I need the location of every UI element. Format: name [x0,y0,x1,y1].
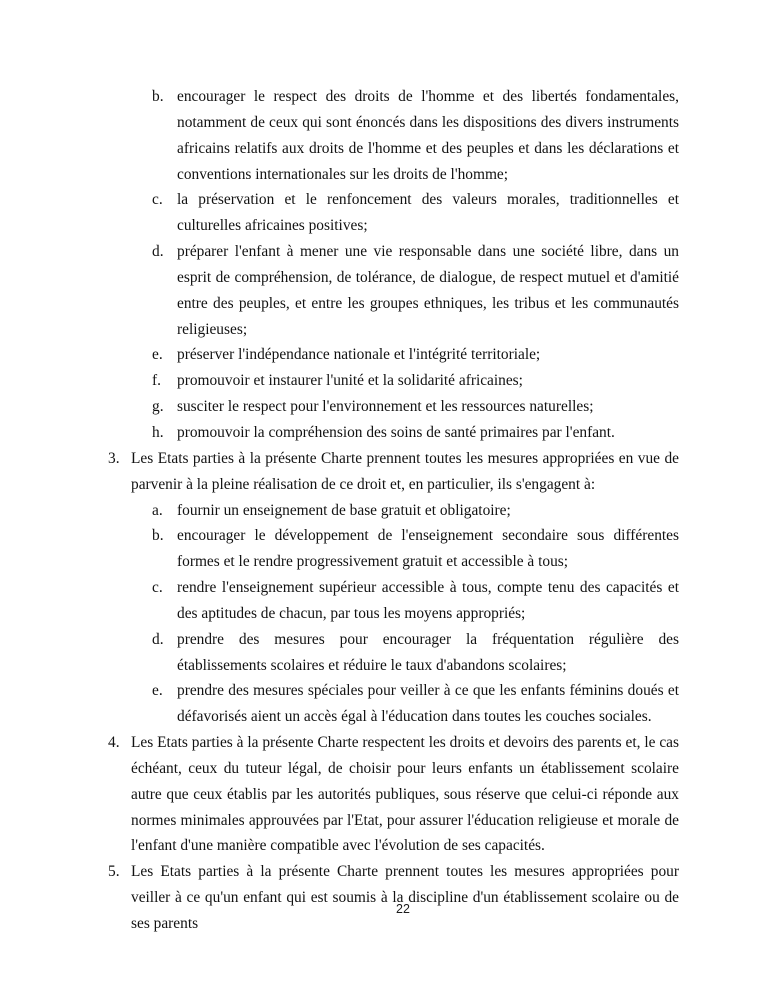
list-item-e: e. préserver l'indépendance nationale et… [0,342,679,368]
list-item-3c: c. rendre l'enseignement supérieur acces… [0,575,679,627]
list-marker: 3. [108,446,120,472]
list-marker: c. [152,575,163,601]
list-marker: a. [152,498,163,524]
list-marker: g. [152,394,164,420]
list-marker: f. [152,368,161,394]
list-item-text: rendre l'enseignement supérieur accessib… [177,579,679,622]
numbered-item-3: 3. Les Etats parties à la présente Chart… [0,446,679,498]
list-item-text: fournir un enseignement de base gratuit … [177,502,511,519]
document-page: b. encourager le respect des droits de l… [0,0,765,990]
list-marker: e. [152,342,163,368]
page-footer: 22 [108,902,698,916]
list-item-3d: d. prendre des mesures pour encourager l… [0,627,679,679]
list-item-text: encourager le respect des droits de l'ho… [177,88,679,183]
list-marker: 5. [108,859,120,885]
list-item-text: susciter le respect pour l'environnement… [177,398,593,415]
list-item-text: promouvoir la compréhension des soins de… [177,424,615,441]
list-item-h: h. promouvoir la compréhension des soins… [0,420,679,446]
page-number: 22 [396,902,410,916]
list-marker: d. [152,239,164,265]
list-marker: c. [152,187,163,213]
list-item-text: préparer l'enfant à mener une vie respon… [177,243,679,338]
list-item-text: préserver l'indépendance nationale et l'… [177,346,540,363]
numbered-item-4: 4. Les Etats parties à la présente Chart… [0,730,679,859]
page-content: b. encourager le respect des droits de l… [0,84,679,937]
list-item-text: encourager le développement de l'enseign… [177,527,679,570]
list-item-text: Les Etats parties à la présente Charte r… [131,734,679,854]
list-item-text: Les Etats parties à la présente Charte p… [131,450,679,493]
list-marker: 4. [108,730,120,756]
list-marker: b. [152,523,164,549]
list-item-g: g. susciter le respect pour l'environnem… [0,394,679,420]
list-item-3b: b. encourager le développement de l'ense… [0,523,679,575]
list-item-3a: a. fournir un enseignement de base gratu… [0,498,679,524]
list-item-c: c. la préservation et le renfoncement de… [0,187,679,239]
list-marker: e. [152,678,163,704]
list-item-3e: e. prendre des mesures spéciales pour ve… [0,678,679,730]
list-marker: b. [152,84,164,110]
list-item-b: b. encourager le respect des droits de l… [0,84,679,187]
list-item-text: promouvoir et instaurer l'unité et la so… [177,372,523,389]
list-item-f: f. promouvoir et instaurer l'unité et la… [0,368,679,394]
list-item-text: prendre des mesures pour encourager la f… [177,631,679,674]
list-item-text: la préservation et le renfoncement des v… [177,191,679,234]
list-item-d: d. préparer l'enfant à mener une vie res… [0,239,679,342]
list-marker: h. [152,420,164,446]
numbered-item-5: 5. Les Etats parties à la présente Chart… [0,859,679,937]
list-item-text: Les Etats parties à la présente Charte p… [131,863,679,932]
list-marker: d. [152,627,164,653]
list-item-text: prendre des mesures spéciales pour veill… [177,682,679,725]
